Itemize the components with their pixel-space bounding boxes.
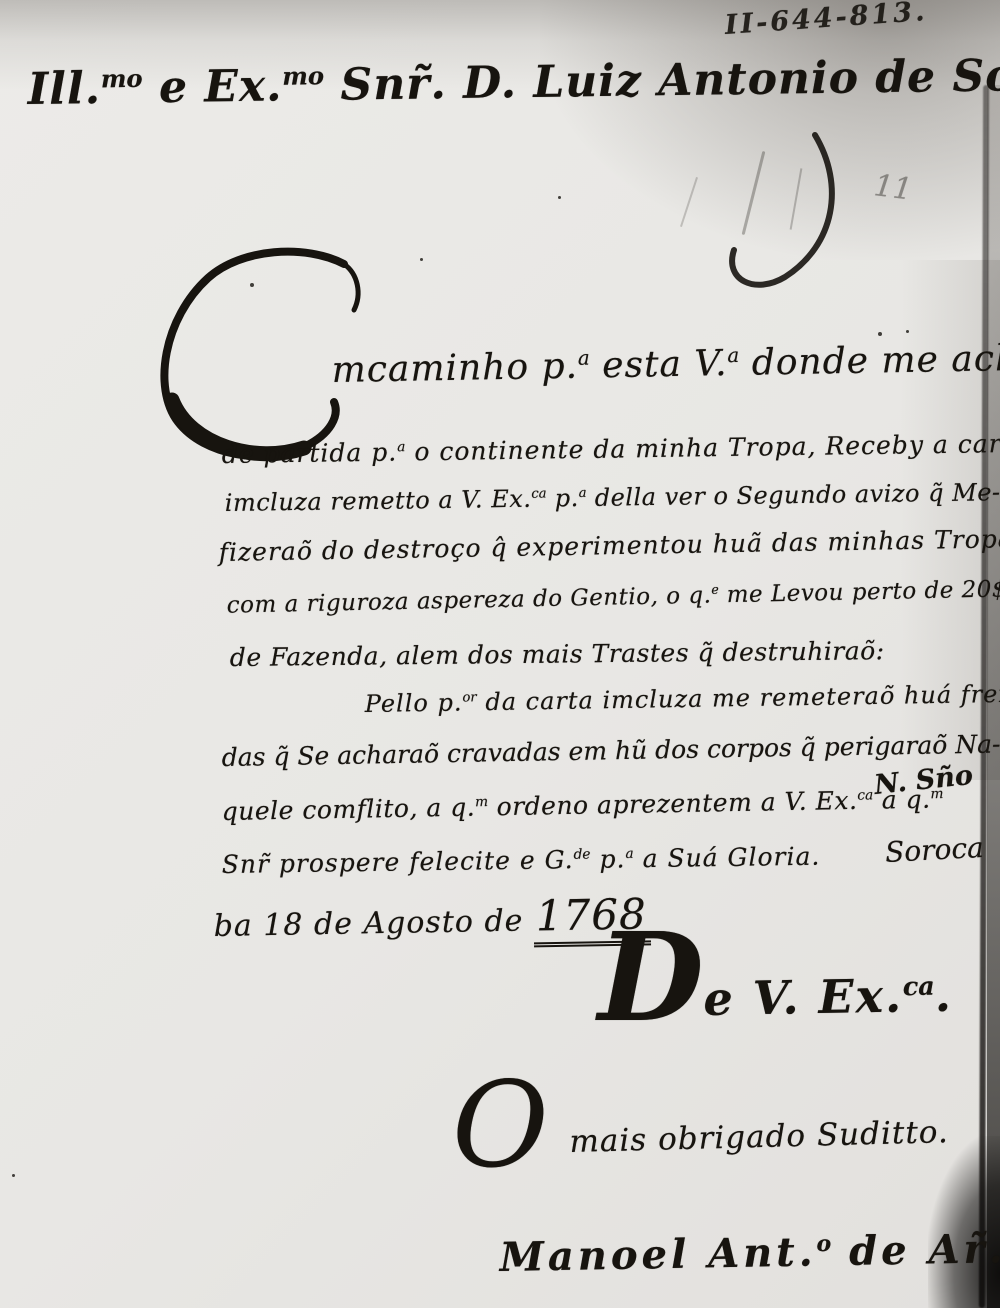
closing-drop-cap-o: O [452, 1066, 549, 1184]
archive-number: II-644-813. [724, 0, 928, 41]
pen-flourish-salutation [700, 130, 880, 300]
faint-mark: 11 [872, 168, 914, 207]
ink-speck [12, 1174, 15, 1177]
salutation-line: Ill.mo e Ex.mo Snr̃. D. Luiz Antonio de … [27, 49, 1000, 115]
scan-corner-bottom-right [928, 1136, 1000, 1308]
manuscript-line-4: fizeraõ do destroço q̂ experimentou huã … [218, 524, 1000, 567]
closing-drop-cap-d: D [598, 916, 704, 1038]
ink-speck [906, 330, 909, 333]
ink-speck [420, 258, 423, 261]
ink-speck [878, 332, 882, 336]
manuscript-line-1: mcaminho p.a esta V.a donde me acho [331, 338, 1000, 391]
date-prefix: ba 18 de Agosto de [213, 903, 534, 944]
manuscript-line-7: Pello p.or da carta imcluza me remeteraõ… [365, 679, 1000, 718]
manuscript-line-10: Snr̃ prospere felecite e G.de p.a a Suá … [222, 842, 821, 879]
manuscript-line-3: imcluza remetto a V. Ex.ca p.a della ver… [225, 478, 1000, 517]
closing-de-v-exca: e V. Ex.ca. [703, 968, 953, 1026]
signature: Manoel Ant.o de Ar̃. [499, 1225, 1000, 1281]
date-line: ba 18 de Agosto de 1768 [213, 889, 651, 946]
ink-speck [558, 196, 561, 199]
manuscript-line-9-margin: N. Sño [873, 760, 975, 801]
place-name-start: Soroca [884, 831, 984, 869]
faint-ink-stroke [680, 177, 698, 227]
manuscript-page: II-644-813. Ill.mo e Ex.mo Snr̃. D. Luiz… [0, 0, 1000, 1308]
manuscript-line-5: com a riguroza aspereza do Gentio, o q.e… [226, 575, 1000, 618]
manuscript-line-8: das q̃ Se acharaõ cravadas em hũ dos cor… [221, 729, 1000, 772]
manuscript-line-9: quele comflito, a q.m ordeno aprezentem … [221, 784, 943, 826]
manuscript-line-6: de Fazenda, alem dos mais Trastes q̃ des… [230, 636, 885, 672]
closing-obrigado: mais obrigado Suditto. [569, 1114, 949, 1160]
